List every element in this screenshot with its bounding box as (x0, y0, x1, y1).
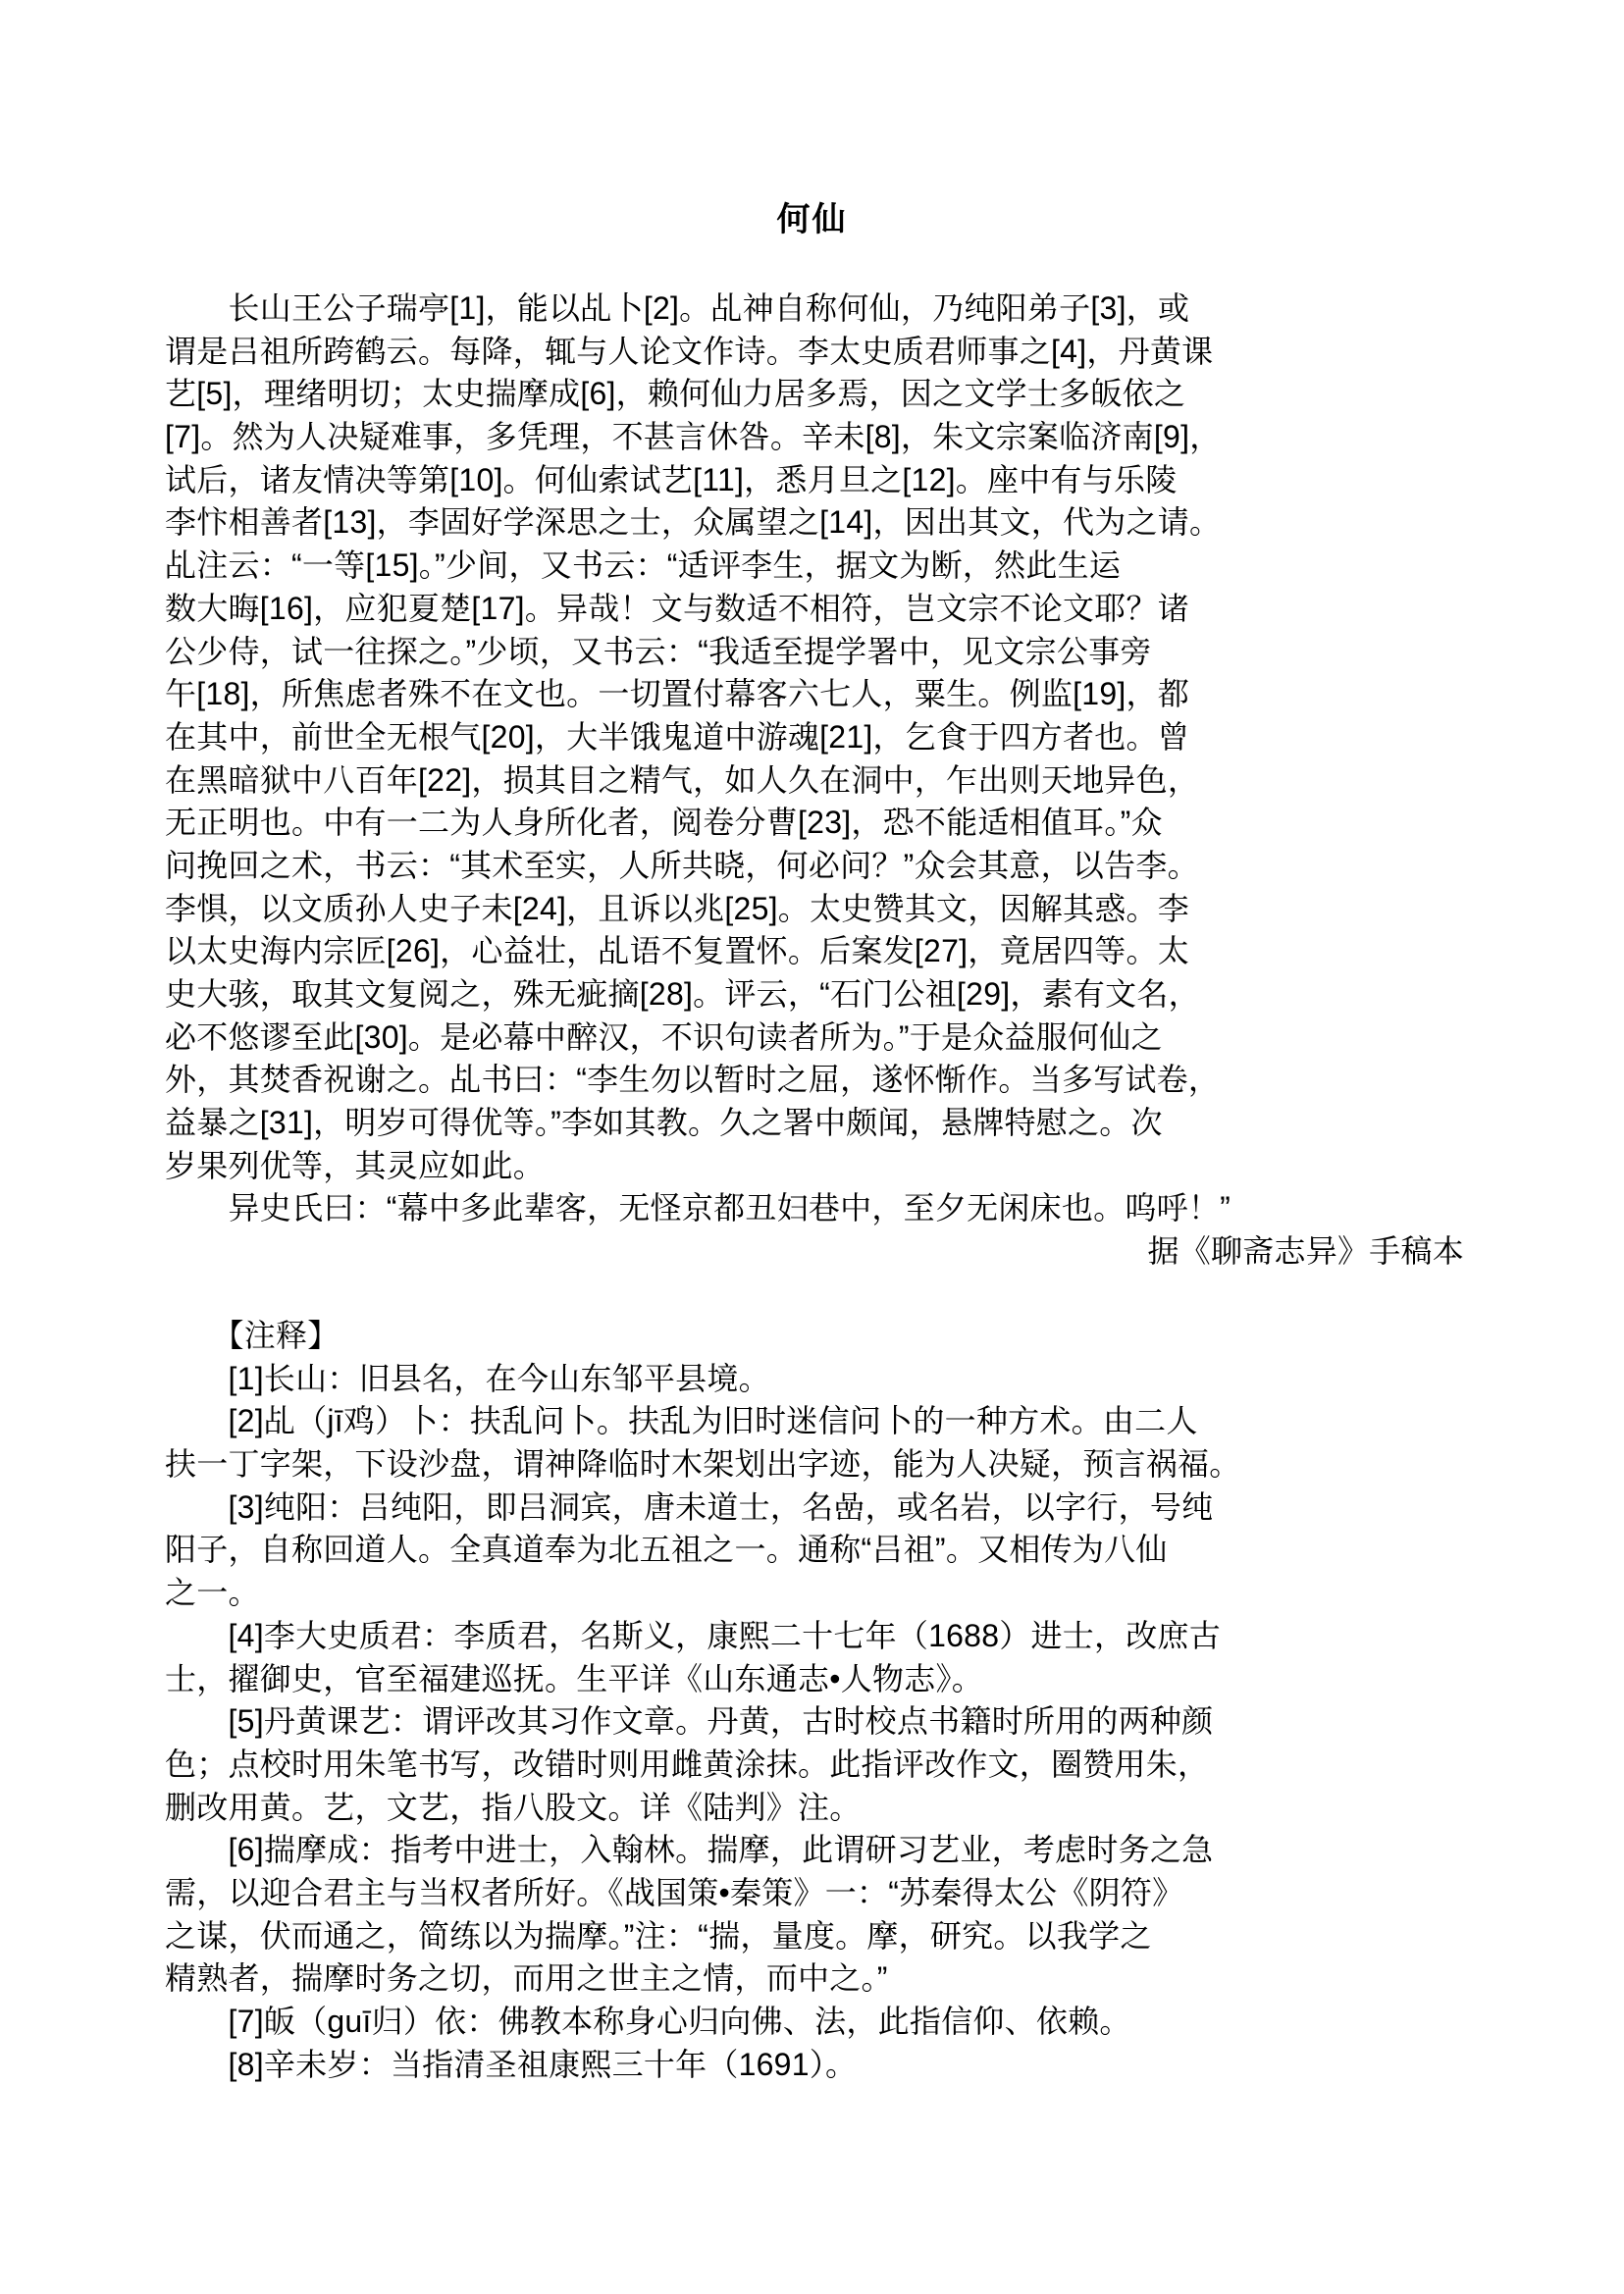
text-line: [3]纯阳：吕纯阳，即吕洞宾，唐未道士，名嵒，或名岩，以字行，号纯 (165, 1486, 1464, 1530)
text-line: 乩注云：“一等[15]。”少间，又书云：“适评李生，据文为断，然此生运 (165, 545, 1464, 588)
text-line: 之谋，伏而通之，简练以为揣摩。”注：“揣，量度。摩，研究。以我学之 (165, 1915, 1464, 1958)
text-line: 午[18]，所焦虑者殊不在文也。一切置付幕客六七人，粟生。例监[19]，都 (165, 673, 1464, 716)
text-line: 色；点校时用朱笔书写，改错时则用雌黄涂抹。此指评改作文，圈赞用朱， (165, 1744, 1464, 1787)
text-line: 公少侍，试一往探之。”少顷，又书云：“我适至提学署中，见文宗公事旁 (165, 631, 1464, 674)
text-line: 艺[5]，理绪明切；太史揣摩成[6]，赖何仙力居多焉，因之文学士多皈依之 (165, 373, 1464, 416)
text-line: [1]长山：旧县名，在今山东邹平县境。 (165, 1358, 1464, 1401)
page-title: 何仙 (0, 192, 1624, 240)
text-line: [7]。然为人决疑难事，多凭理，不甚言休咎。辛未[8]，朱文宗案临济南[9]， (165, 416, 1464, 459)
text-line: 精熟者，揣摩时务之切，而用之世主之情，而中之。” (165, 1957, 1464, 2001)
text-line: 在其中，前世全无根气[20]，大半饿鬼道中游魂[21]，乞食于四方者也。曾 (165, 716, 1464, 759)
text-line: 试后，诸友情决等第[10]。何仙索试艺[11]，悉月旦之[12]。座中有与乐陵 (165, 459, 1464, 502)
text-line: 阳子，自称回道人。全真道奉为北五祖之一。通称“吕祖”。又相传为八仙 (165, 1529, 1464, 1572)
text-line: [2]乩（jī鸡）卜：扶乱问卜。扶乱为旧时迷信问卜的一种方术。由二人 (165, 1400, 1464, 1443)
text-line: [4]李大史质君：李质君，名斯义，康熙二十七年（1688）进士，改庶古 (165, 1615, 1464, 1658)
text-line: 无正明也。中有一二为人身所化者，阅卷分曹[23]，恐不能适相值耳。”众 (165, 802, 1464, 845)
text-line: 必不悠谬至此[30]。是必幕中醉汉，不识句读者所为。”于是众益服何仙之 (165, 1017, 1464, 1060)
text-line: 以太史海内宗匠[26]，心益壮，乩语不复置怀。后案发[27]，竟居四等。太 (165, 930, 1464, 973)
text-line: 长山王公子瑞亭[1]，能以乩卜[2]。乩神自称何仙，乃纯阳弟子[3]，或 (165, 287, 1464, 331)
text-line: 删改用黄。艺，文艺，指八股文。详《陆判》注。 (165, 1787, 1464, 1830)
text-line: 异史氏曰：“幕中多此辈客，无怪京都丑妇巷中，至夕无闲床也。呜呼！” (165, 1187, 1464, 1230)
notes-section: 【注释】 [1]长山：旧县名，在今山东邹平县境。 [2]乩（jī鸡）卜：扶乱问卜… (165, 1315, 1464, 2086)
text-line: 李惧，以文质孙人史子未[24]，且诉以兆[25]。太史赞其文，因解其惑。李 (165, 888, 1464, 931)
text-line: 士，擢御史，官至福建巡抚。生平详《山东通志•人物志》。 (165, 1658, 1464, 1701)
text-line: 在黑暗狱中八百年[22]，损其目之精气，如人久在洞中，乍出则天地异色， (165, 759, 1464, 803)
text-line: [8]辛未岁：当指清圣祖康熙三十年（1691）。 (165, 2044, 1464, 2087)
text-line: 益暴之[31]，明岁可得优等。”李如其教。久之署中颇闻，悬牌特慰之。次 (165, 1102, 1464, 1145)
text-line: 扶一丁字架，下设沙盘，谓神降临时木架划出字迹，能为人决疑，预言祸福。 (165, 1443, 1464, 1486)
text-line: [6]揣摩成：指考中进士，入翰林。揣摩，此谓研习艺业，考虑时务之急 (165, 1829, 1464, 1872)
attribution: 据《聊斋志异》手稿本 (165, 1230, 1464, 1274)
text-line: 外，其焚香祝谢之。乩书曰：“李生勿以暂时之屈，遂怀惭作。当多写试卷， (165, 1059, 1464, 1102)
text-line: [5]丹黄课艺：谓评改其习作文章。丹黄，古时校点书籍时所用的两种颜 (165, 1700, 1464, 1744)
text-line: [7]皈（guī归）依：佛教本称身心归向佛、法，此指信仰、依赖。 (165, 2001, 1464, 2044)
text-line: 史大骇，取其文复阅之，殊无疵摘[28]。评云，“石门公祖[29]，素有文名， (165, 973, 1464, 1017)
text-line: 【注释】 (165, 1315, 1464, 1358)
text-line: 李忭相善者[13]，李固好学深思之士，众属望之[14]，因出其文，代为之请。 (165, 501, 1464, 545)
text-line: 之一。 (165, 1572, 1464, 1615)
text-line: 问挽回之术，书云：“其术至实，人所共晓，何必问？”众会其意，以告李。 (165, 845, 1464, 888)
text-line: 岁果列优等，其灵应如此。 (165, 1145, 1464, 1188)
document-page: 何仙 长山王公子瑞亭[1]，能以乩卜[2]。乩神自称何仙，乃纯阳弟子[3]，或谓… (0, 0, 1624, 2294)
text-line: 谓是吕祖所跨鹤云。每降，辄与人论文作诗。李太史质君师事之[4]，丹黄课 (165, 331, 1464, 374)
story-text: 长山王公子瑞亭[1]，能以乩卜[2]。乩神自称何仙，乃纯阳弟子[3]，或谓是吕祖… (165, 287, 1464, 1230)
text-line: 数大晦[16]，应犯夏楚[17]。异哉！文与数适不相符，岂文宗不论文耶？诸 (165, 588, 1464, 631)
text-line: 需，以迎合君主与当权者所好。《战国策•秦策》一：“苏秦得太公《阴符》 (165, 1872, 1464, 1915)
